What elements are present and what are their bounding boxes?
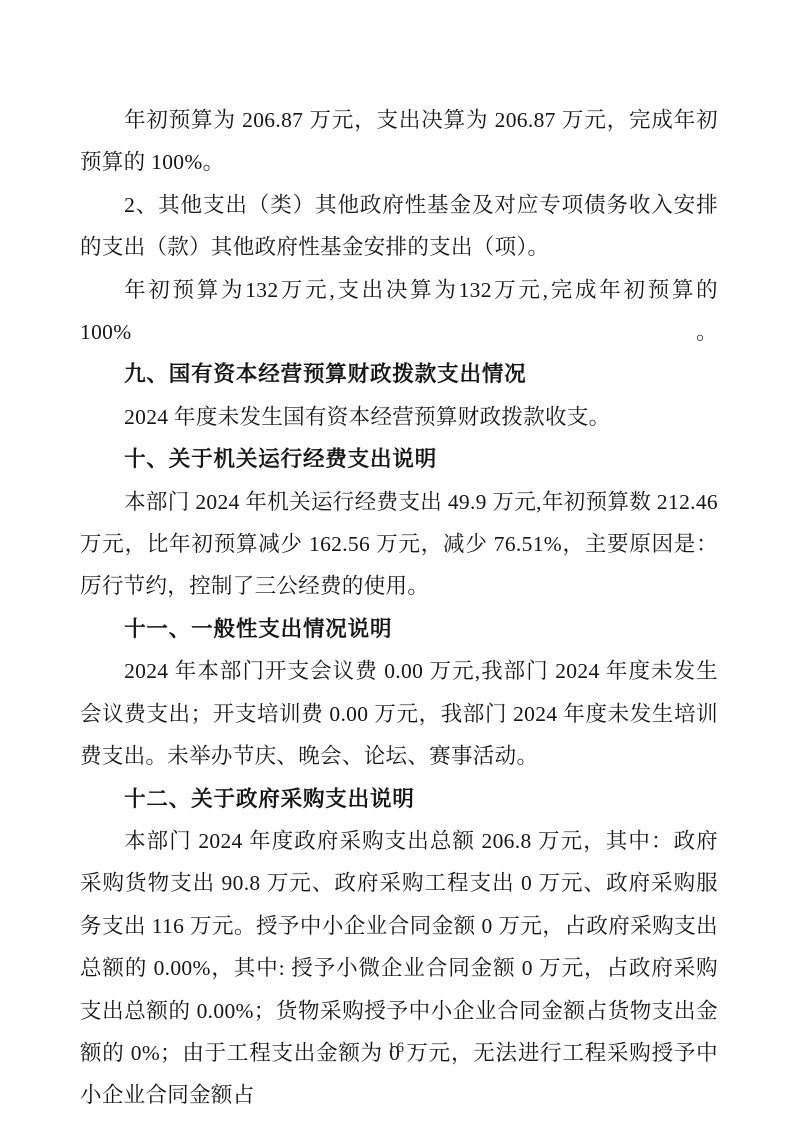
body-paragraph: 本部门 2024 年度政府采购支出总额 206.8 万元，其中：政府采购货物支出… bbox=[80, 820, 718, 1117]
page-footer: - 16 - bbox=[0, 1036, 793, 1060]
section-heading: 十、关于机关运行经费支出说明 bbox=[80, 438, 718, 480]
section-heading: 十一、一般性支出情况说明 bbox=[80, 608, 718, 650]
body-paragraph: 2024 年本部门开支会议费 0.00 万元,我部门 2024 年度未发生会议费… bbox=[80, 650, 718, 777]
body-paragraph: 年初预算为 206.87 万元，支出决算为 206.87 万元，完成年初预算的 … bbox=[80, 99, 718, 184]
body-paragraph: 本部门 2024 年机关运行经费支出 49.9 万元,年初预算数 212.46 … bbox=[80, 481, 718, 608]
body-paragraph: 2、其他支出（类）其他政府性基金及对应专项债务收入安排的支出（款）其他政府性基金… bbox=[80, 184, 718, 269]
document-page: 年初预算为 206.87 万元，支出决算为 206.87 万元，完成年初预算的 … bbox=[0, 0, 793, 1122]
body-paragraph: 2024 年度未发生国有资本经营预算财政拨款收支。 bbox=[80, 396, 718, 438]
section-heading: 十二、关于政府采购支出说明 bbox=[80, 778, 718, 820]
body-paragraph: 年初预算为132万元,支出决算为132万元,完成年初预算的100%。 bbox=[80, 269, 718, 354]
section-heading: 九、国有资本经营预算财政拨款支出情况 bbox=[80, 353, 718, 395]
document-body: 年初预算为 206.87 万元，支出决算为 206.87 万元，完成年初预算的 … bbox=[80, 99, 718, 1117]
page-number: - 16 - bbox=[376, 1040, 418, 1056]
